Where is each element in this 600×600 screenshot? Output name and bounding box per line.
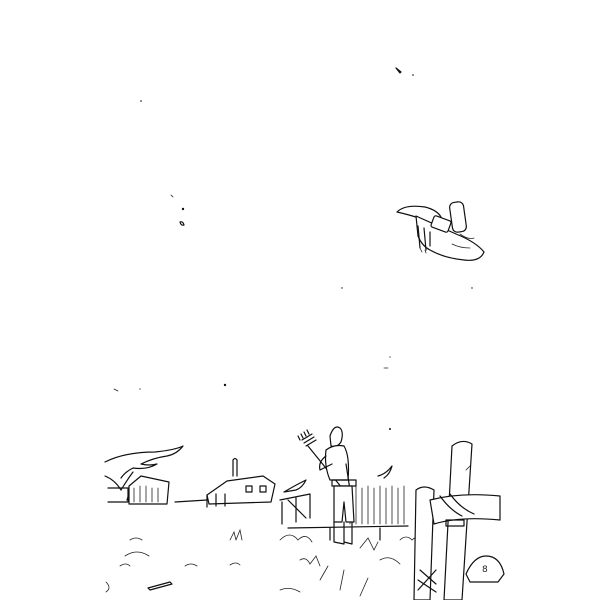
illustration (0, 0, 600, 600)
comic-page: 8 (0, 0, 600, 600)
field (106, 530, 424, 596)
sack-label: 8 (482, 565, 488, 575)
farmhouse (175, 459, 275, 508)
barn (108, 476, 169, 504)
falling-leaves (114, 68, 473, 430)
hand-with-binoculars (397, 201, 484, 260)
